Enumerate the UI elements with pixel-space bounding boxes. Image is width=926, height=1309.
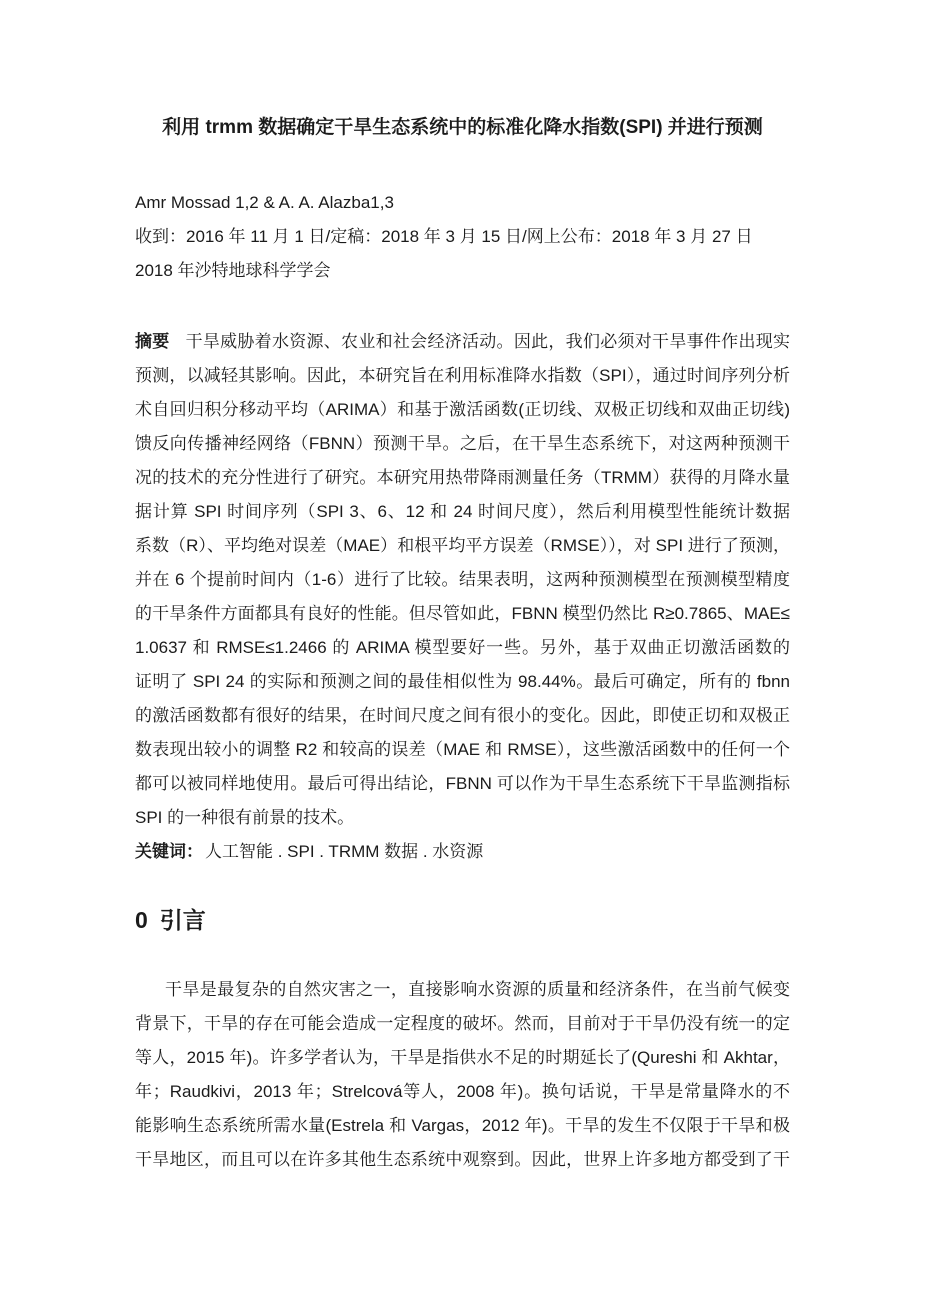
abstract-line-10: 1.0637 和 RMSE≤1.2466 的 ARIMA 模型要好一些。另外，基…	[135, 631, 790, 665]
paper-title: 利用 trmm 数据确定干旱生态系统中的标准化降水指数(SPI) 并进行预测	[120, 111, 805, 145]
introduction-paragraph: 干旱是最复杂的自然灾害之一，直接影响水资源的质量和经济条件，在当前气候变化的 背…	[135, 973, 790, 1177]
abstract-section: 摘要干旱威胁着水资源、农业和社会经济活动。因此，我们必须对干旱事件作出现实的 预…	[135, 325, 790, 869]
abstract-line-1: 摘要干旱威胁着水资源、农业和社会经济活动。因此，我们必须对干旱事件作出现实的	[135, 325, 790, 359]
section-number: 0	[135, 907, 148, 933]
document-page: 利用 trmm 数据确定干旱生态系统中的标准化降水指数(SPI) 并进行预测 A…	[0, 0, 926, 1309]
abstract-line-8: 并在 6 个提前时间内（1-6）进行了比较。结果表明，这两种预测模型在预测模型精…	[135, 563, 790, 597]
intro-line-6: 干旱地区，而且可以在许多其他生态系统中观察到。因此，世界上许多地方都受到了干旱的	[135, 1143, 790, 1177]
dates-line: 收到：2016 年 11 月 1 日/定稿：2018 年 3 月 15 日/网上…	[135, 220, 790, 254]
header-meta: Amr Mossad 1,2 & A. A. Alazba1,3 收到：2016…	[135, 186, 790, 288]
abstract-line-7: 系数（R）、平均绝对误差（MAE）和根平均平方误差（RMSE）），对 SPI 进…	[135, 529, 790, 563]
abstract-line-11: 证明了 SPI 24 的实际和预测之间的最佳相似性为 98.44%。最后可确定，…	[135, 665, 790, 699]
intro-line-4: 年；Raudkivi，2013 年；Strelcová等人，2008 年)。换句…	[135, 1075, 790, 1109]
keywords-text: 人工智能 . SPI . TRMM 数据 . 水资源	[205, 842, 483, 861]
abstract-label: 摘要	[135, 332, 170, 351]
keywords-label: 关键词：	[135, 842, 203, 861]
abstract-line-6: 据计算 SPI 时间序列（SPI 3、6、12 和 24 时间尺度），然后利用模…	[135, 495, 790, 529]
abstract-line-13: 数表现出较小的调整 R2 和较高的误差（MAE 和 RMSE），这些激活函数中的…	[135, 733, 790, 767]
abstract-line-3: 术自回归积分移动平均（ARIMA）和基于激活函数(正切线、双极正切线和双曲正切线…	[135, 393, 790, 427]
abstract-line-14: 都可以被同样地使用。最后可得出结论，FBNN 可以作为干旱生态系统下干旱监测指标…	[135, 767, 790, 801]
abstract-line-15: SPI 的一种很有前景的技术。	[135, 801, 790, 835]
abstract-line-1-text: 干旱威胁着水资源、农业和社会经济活动。因此，我们必须对干旱事件作出现实的	[135, 332, 790, 359]
section-heading: 0引言	[135, 900, 790, 940]
intro-line-5: 能影响生态系统所需水量(Estrela 和 Vargas，2012 年)。干旱的…	[135, 1109, 790, 1143]
abstract-line-12: 的激活函数都有很好的结果，在时间尺度之间有很小的变化。因此，即使正切和双极正切函	[135, 699, 790, 733]
publisher-line: 2018 年沙特地球科学学会	[135, 254, 790, 288]
abstract-line-9: 的干旱条件方面都具有良好的性能。但尽管如此，FBNN 模型仍然比 R≥0.786…	[135, 597, 790, 631]
abstract-line-5: 况的技术的充分性进行了研究。本研究用热带降雨测量任务（TRMM）获得的月降水量数	[135, 461, 790, 495]
intro-line-2: 背景下，干旱的存在可能会造成一定程度的破坏。然而，目前对于干旱仍没有统一的定义(…	[135, 1007, 790, 1041]
section-title: 引言	[160, 907, 206, 933]
intro-line-3: 等人，2015 年)。许多学者认为，干旱是指供水不足的时期延长了(Qureshi…	[135, 1041, 790, 1075]
authors-line: Amr Mossad 1,2 & A. A. Alazba1,3	[135, 186, 790, 220]
abstract-line-2: 预测，以减轻其影响。因此，本研究旨在利用标准降水指数（SPI），通过时间序列分析…	[135, 359, 790, 393]
keywords-line: 关键词：人工智能 . SPI . TRMM 数据 . 水资源	[135, 835, 790, 869]
intro-line-1: 干旱是最复杂的自然灾害之一，直接影响水资源的质量和经济条件，在当前气候变化的	[135, 973, 790, 1007]
abstract-line-4: 馈反向传播神经网络（FBNN）预测干旱。之后，在干旱生态系统下，对这两种预测干旱…	[135, 427, 790, 461]
